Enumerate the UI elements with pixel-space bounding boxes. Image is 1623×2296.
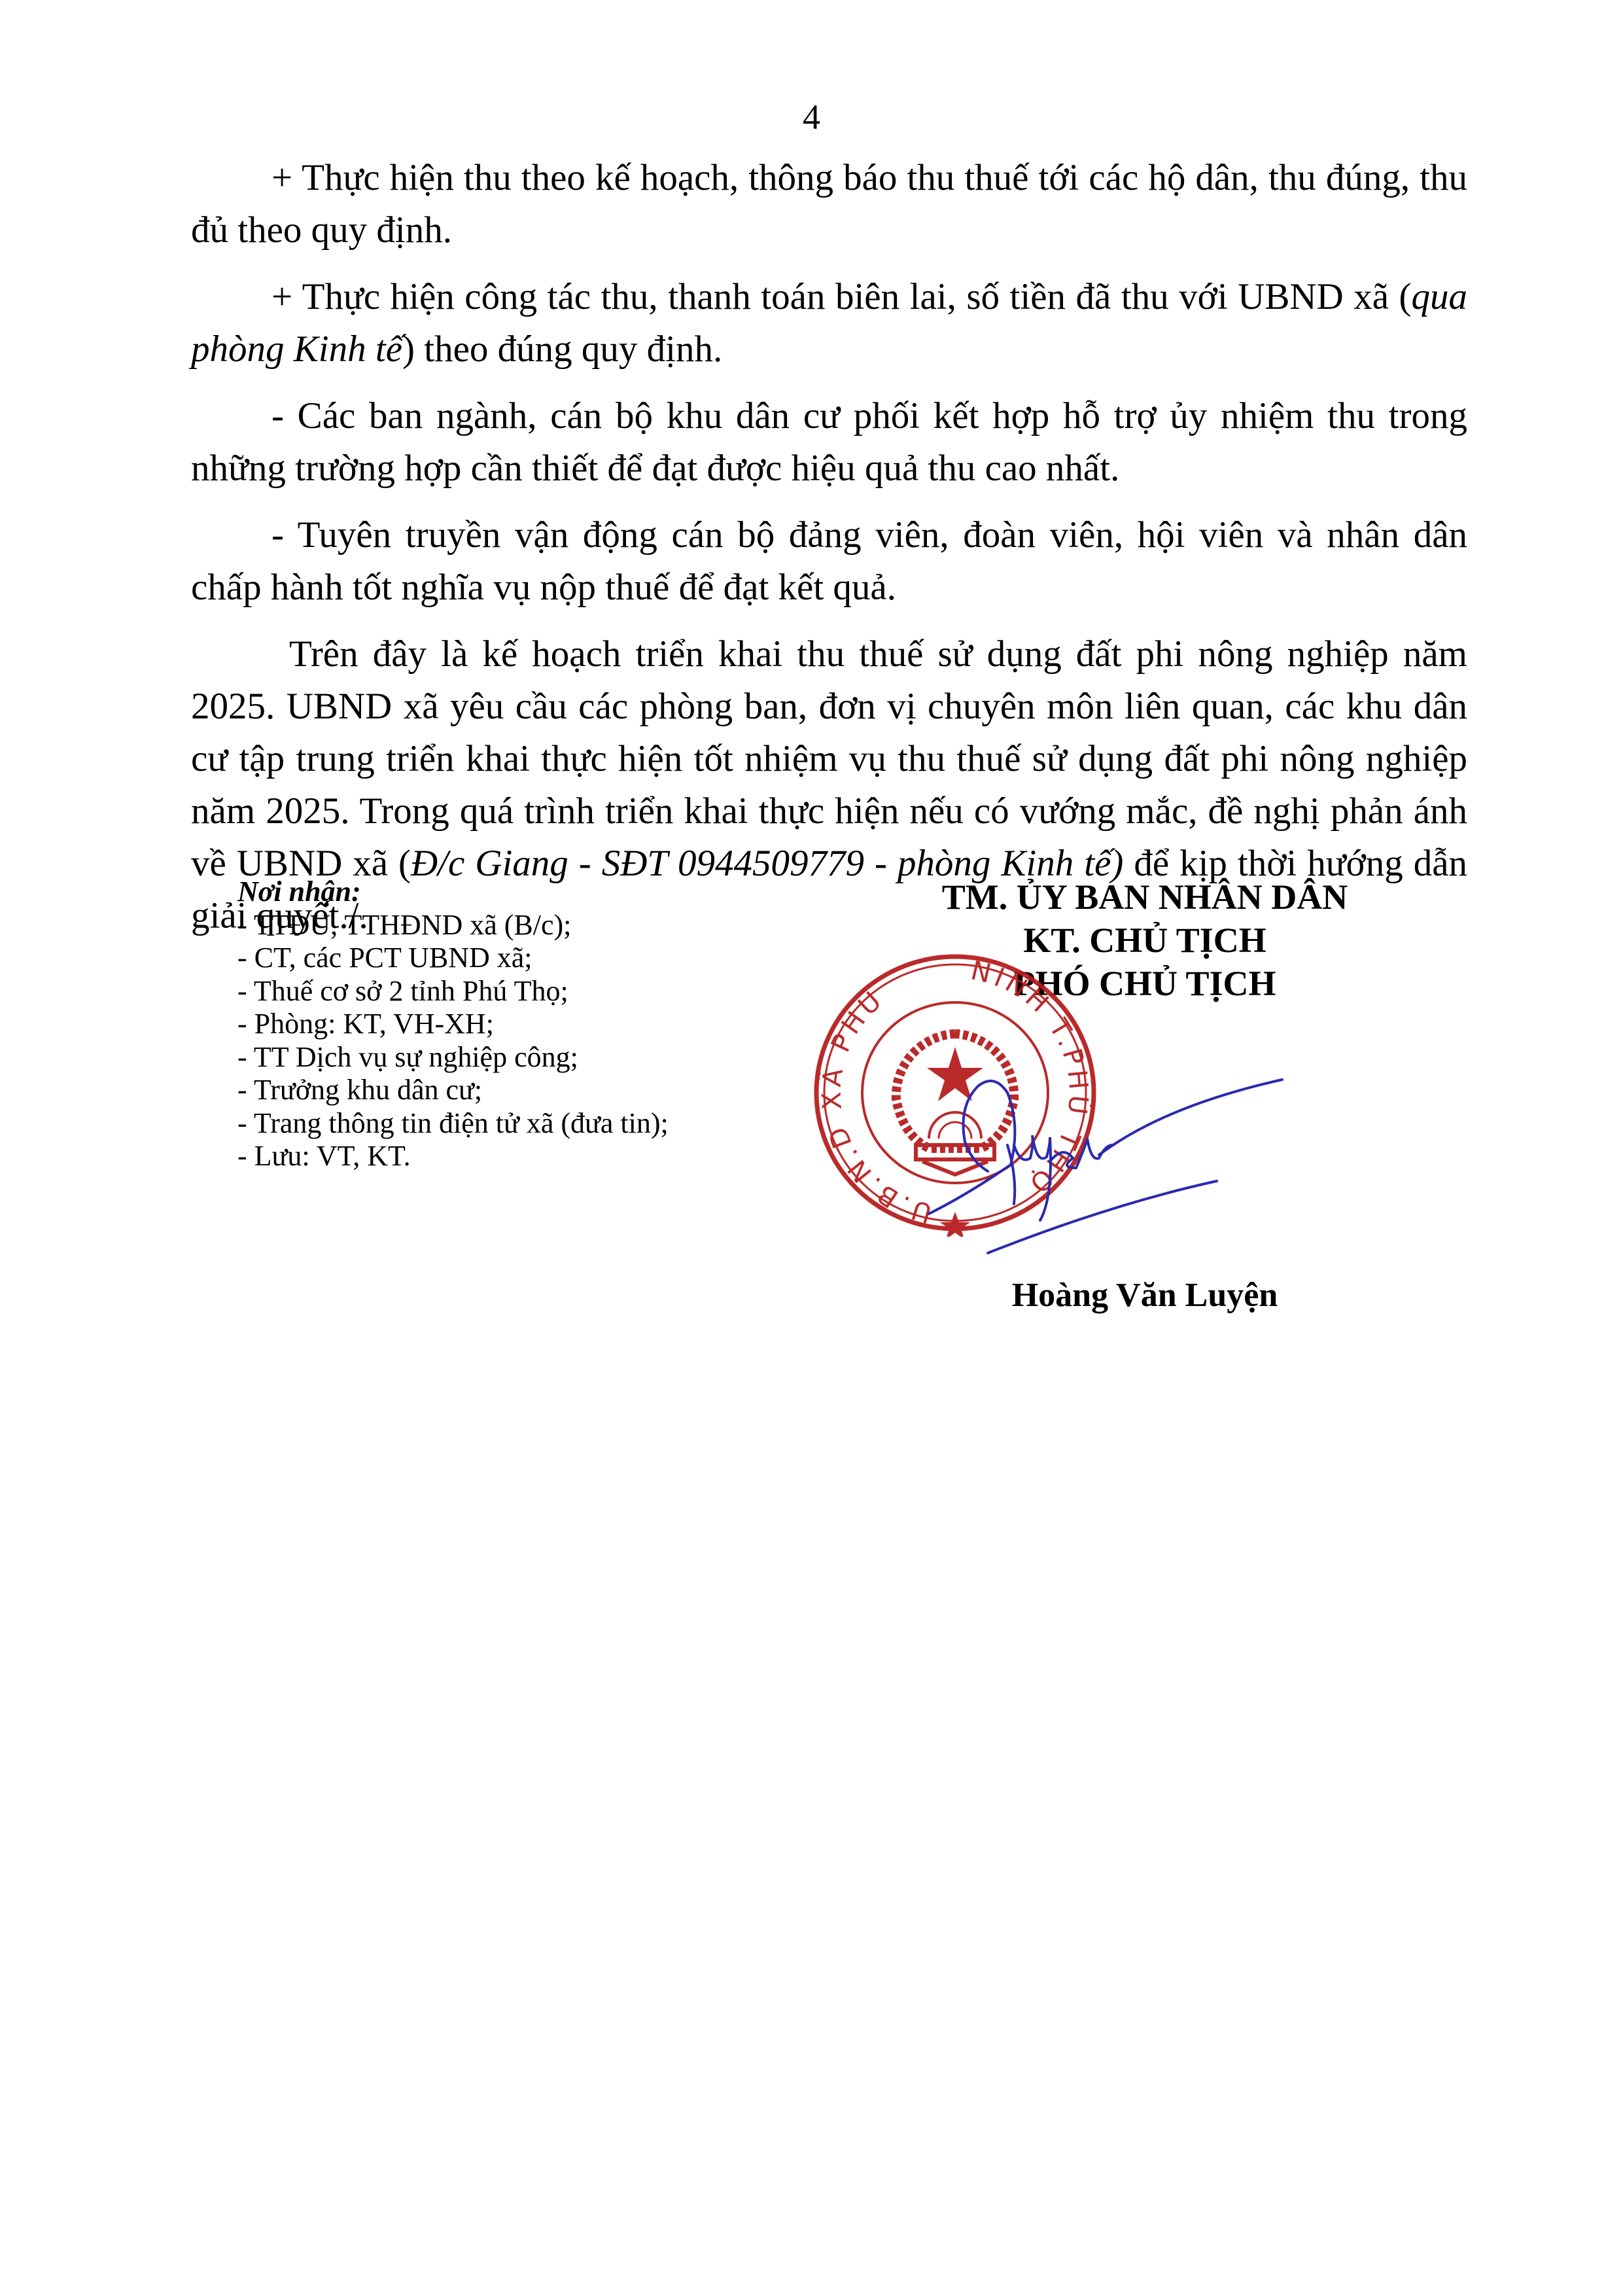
signer-name: Hoàng Văn Luyện [818, 1276, 1472, 1315]
body-paragraph: + Thực hiện thu theo kế hoạch, thông báo… [191, 152, 1467, 256]
text-run: + Thực hiện công tác thu, thanh toán biê… [271, 276, 1412, 317]
recipient-item: - Phòng: KT, VH-XH; [237, 1008, 826, 1041]
recipient-item: - Trưởng khu dân cư; [237, 1074, 826, 1107]
recipient-item: - Thuế cơ sở 2 tỉnh Phú Thọ; [237, 975, 826, 1008]
page-number: 4 [0, 97, 1623, 137]
document-body: + Thực hiện thu theo kế hoạch, thông báo… [191, 152, 1467, 957]
signature-line-org: TM. ỦY BAN NHÂN DÂN [818, 875, 1472, 919]
text-run: - Tuyên truyền vận động cán bộ đảng viên… [191, 514, 1467, 608]
recipient-item: - CT, các PCT UBND xã; [237, 942, 826, 975]
recipient-item: - TTĐU, TTHĐND xã (B/c); [237, 909, 826, 942]
body-paragraph: - Các ban ngành, cán bộ khu dân cư phối … [191, 390, 1467, 495]
body-paragraph: - Tuyên truyền vận động cán bộ đảng viên… [191, 509, 1467, 614]
text-run: ) theo đúng quy định. [402, 328, 722, 370]
text-run: + Thực hiện thu theo kế hoạch, thông báo… [191, 157, 1467, 251]
recipient-item: - TT Dịch vụ sự nghiệp công; [237, 1041, 826, 1074]
text-run: - Các ban ngành, cán bộ khu dân cư phối … [191, 395, 1467, 489]
body-paragraph: + Thực hiện công tác thu, thanh toán biê… [191, 271, 1467, 376]
recipient-item: - Lưu: VT, KT. [237, 1140, 826, 1173]
handwritten-signature [916, 1047, 1308, 1263]
recipients-block: Nơi nhận: - TTĐU, TTHĐND xã (B/c); - CT,… [237, 875, 826, 1173]
recipient-item: - Trang thông tin điện tử xã (đưa tin); [237, 1107, 826, 1140]
recipients-title: Nơi nhận: [237, 875, 826, 909]
